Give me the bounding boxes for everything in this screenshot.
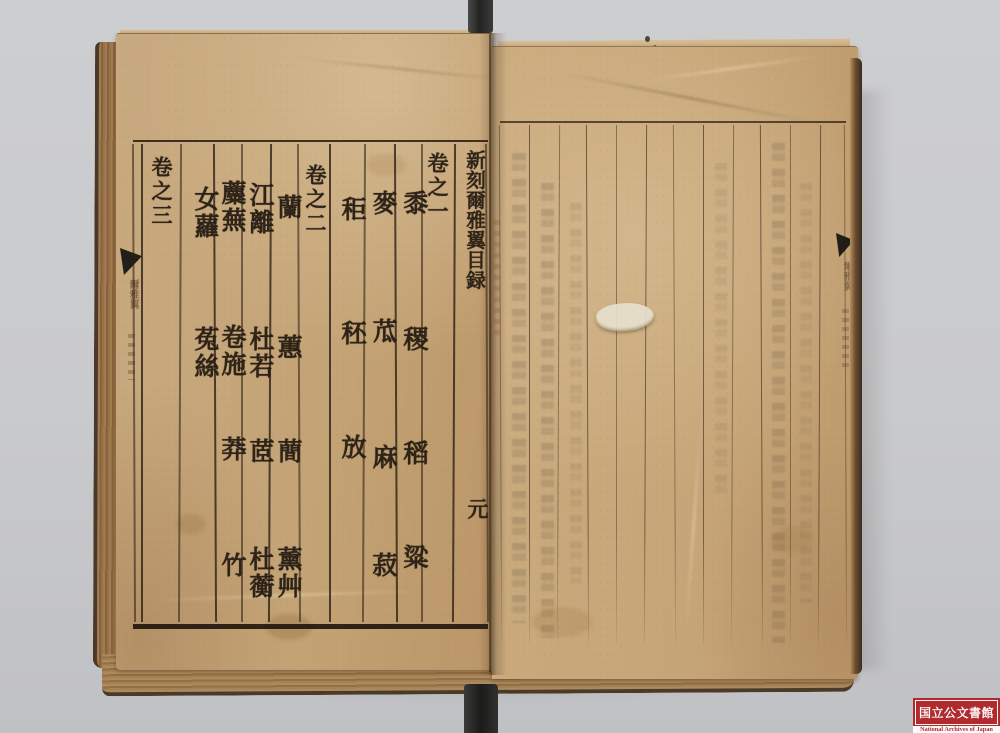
archives-logo-red-box: 国立公文書館 — [913, 698, 1000, 726]
binding-hole — [645, 36, 650, 42]
column-rule — [452, 144, 456, 622]
bleed-through-text — [800, 183, 812, 603]
bleed-through-text — [715, 163, 727, 493]
column-rule — [818, 125, 822, 643]
fore-edge-marks — [842, 309, 849, 369]
column-rule — [132, 144, 136, 622]
archives-logo-en: National Archives of Japan — [913, 726, 1000, 733]
right-page: 爾雅翼 — [492, 46, 858, 679]
column-rule — [241, 144, 243, 622]
column-rule — [421, 144, 423, 622]
toc-entry: 女蘿 — [186, 186, 222, 240]
column-rule — [529, 125, 530, 643]
right-cover-edge — [850, 58, 862, 674]
toc-entry: 莽 — [213, 436, 249, 463]
paper-crease — [643, 54, 822, 82]
blank-ruled-frame — [500, 121, 846, 645]
column-rule — [557, 125, 561, 643]
column-rule — [703, 125, 704, 643]
column-rule — [844, 125, 848, 643]
column-rule — [644, 125, 648, 643]
column-rule — [485, 144, 489, 622]
column-rule — [499, 125, 503, 643]
column-rule — [673, 125, 677, 643]
toc-frame: 新刻爾雅翼目録 元 卷之一 黍 稷 稻 粱 麥 苽 麻 菽 秬 秠 放 卷之二 … — [133, 140, 488, 629]
bleed-through-text — [512, 153, 526, 623]
toc-entry: 菟絲 — [186, 326, 222, 380]
column-rule — [616, 125, 617, 643]
bleed-through-text — [570, 203, 582, 583]
paper-crease — [554, 70, 829, 126]
column-rule — [586, 125, 590, 643]
toc-entry: 菽 — [364, 552, 400, 579]
book-strap-top — [468, 0, 493, 33]
archives-logo-jp: 国立公文書館 — [915, 700, 998, 725]
volume-3-header: 卷之三 — [146, 156, 176, 228]
column-rule — [731, 125, 735, 643]
paper-crease — [296, 57, 515, 83]
bleed-through-text — [772, 143, 785, 643]
archive-photograph: { "book": { "title_column": "新刻爾雅翼目録", "… — [0, 0, 1000, 733]
toc-entry: 稻 — [395, 440, 431, 467]
column-rule — [141, 144, 143, 622]
toc-title-column: 新刻爾雅翼目録 — [459, 150, 487, 290]
toc-entry: 黍 — [395, 190, 431, 217]
toc-entry: 粱 — [395, 544, 431, 571]
column-rule — [760, 125, 764, 643]
book-strap-bottom — [464, 684, 498, 733]
book-gutter-fold — [489, 34, 491, 672]
left-page: 爾雅翼 新刻爾雅翼目録 元 卷之一 黍 稷 稻 粱 麥 苽 麻 菽 秬 秠 放 … — [116, 33, 492, 670]
archives-logo: 国立公文書館 National Archives of Japan — [913, 698, 1000, 733]
column-rule — [790, 125, 791, 643]
toc-entry: 稷 — [395, 326, 431, 353]
bleed-through-text — [541, 183, 554, 638]
column-rule — [178, 144, 182, 622]
gutter-bleed-marks — [494, 220, 500, 340]
toc-entry: 竹 — [213, 552, 249, 579]
column-rule — [329, 144, 331, 622]
